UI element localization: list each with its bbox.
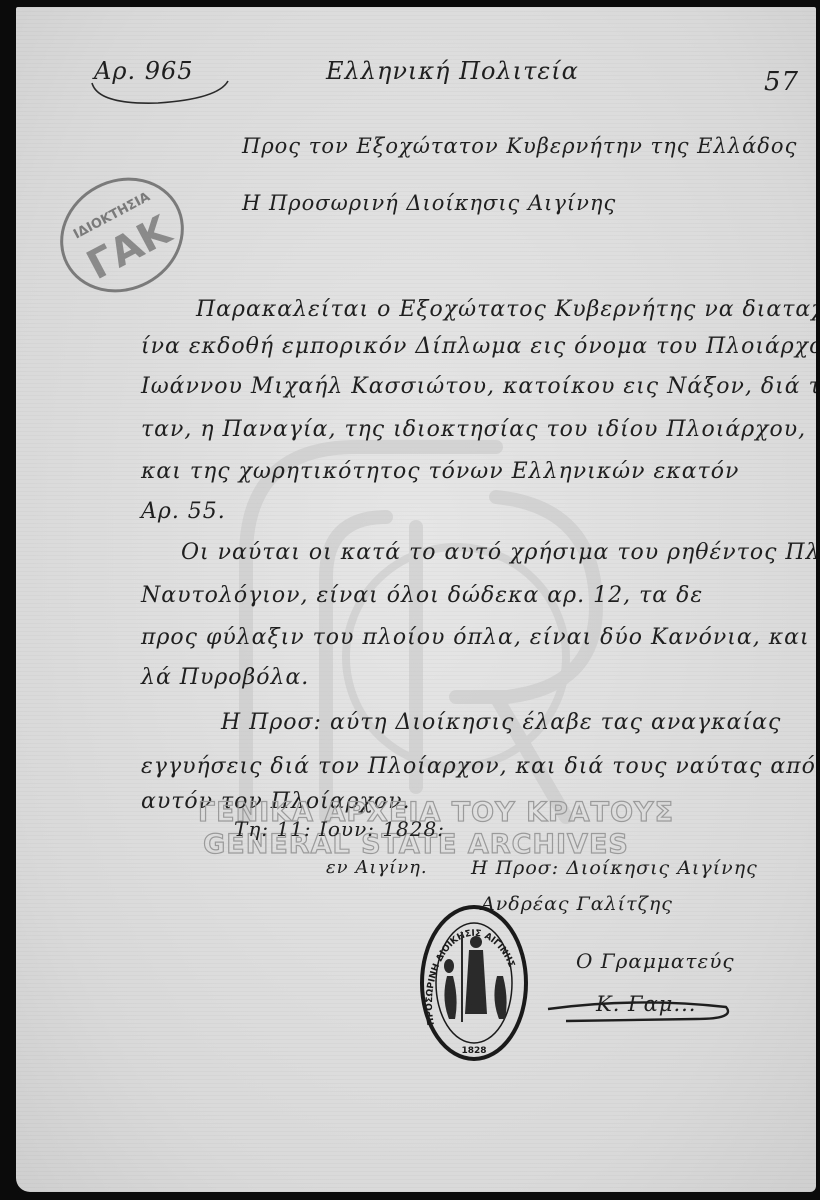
body-line: Παρακαλείται ο Εξοχώτατος Κυβερνήτης να … (196, 297, 816, 322)
body-line: λά Πυροβόλα. (141, 665, 309, 690)
ownership-stamp-icon: ΙΔΙΟΚΤΗΣΙΑ ΓΑΚ (36, 151, 209, 319)
signatory-title: Η Προσ: Διοίκησις Αιγίνης (471, 857, 758, 879)
reference-underline-icon (88, 79, 238, 109)
body-line: προς φύλαξιν του πλοίου όπλα, είναι δύο … (141, 625, 816, 650)
body-line: Η Προσ: αύτη Διοίκησις έλαβε τας αναγκαί… (221, 710, 781, 735)
body-line: Οι ναύται οι κατά το αυτό χρήσιμα του ρη… (181, 540, 816, 565)
addressee-line-2: Η Προσωρινή Διοίκησις Αιγίνης (242, 191, 616, 215)
folio-number: 57 (764, 67, 799, 97)
body-line: Αρ. 55. (141, 499, 226, 524)
svg-text:1828: 1828 (461, 1046, 486, 1056)
document-page: Αρ. 965 Ελληνική Πολιτεία 57 Προς τον Εξ… (16, 7, 816, 1192)
date-line: Τη: 11: Ιουν: 1828: (234, 817, 445, 841)
addressee-line-1: Προς τον Εξοχώτατον Κυβερνήτην της Ελλάδ… (242, 134, 797, 158)
body-line: ίνα εκδοθή εμπορικόν Δίπλωμα εις όνομα τ… (141, 334, 816, 359)
header-title: Ελληνική Πολιτεία (326, 57, 579, 85)
body-line: εγγυήσεις διά τον Πλοίαρχον, και διά του… (141, 754, 816, 779)
body-line: και της χωρητικότητος τόνων Ελληνικών εκ… (141, 459, 739, 484)
body-line: ταν, η Παναγία, της ιδιοκτησίας του ιδίο… (141, 417, 806, 442)
official-seal-icon: ΠΡΟΣΩΡΙΝΗ ΔΙΟΙΚΗΣΙΣ ΑΙΓΙΝΗΣ 1828 (419, 904, 529, 1062)
place-line: εν Αιγίνη. (326, 857, 428, 878)
secretary-title: Ο Γραμματεύς (576, 949, 735, 973)
body-line: Ιωάννου Μιχαήλ Κασσιώτου, κατοίκου εις Ν… (141, 374, 816, 399)
body-line: Ναυτολόγιον, είναι όλοι δώδεκα αρ. 12, τ… (141, 583, 703, 608)
signature-flourish-icon (546, 997, 736, 1027)
